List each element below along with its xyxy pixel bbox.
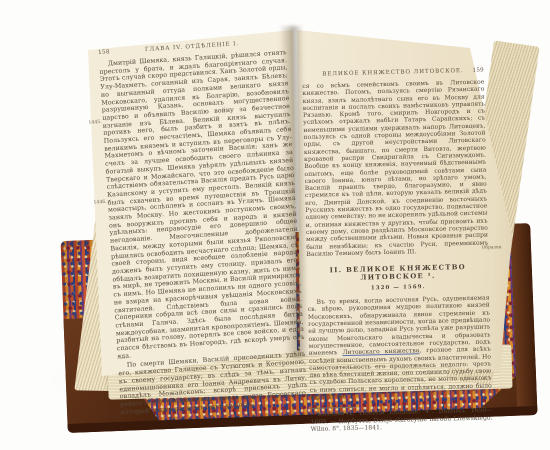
right-paragraph-1: ся со всѣмъ семействомъ своимъ въ Литовс… xyxy=(302,79,488,259)
right-margin-note: Образов. xyxy=(482,245,503,251)
right-paragraph-2: Въ то время, когда восточная Русь, одуше… xyxy=(308,295,492,402)
right-page-text: ВЕЛИКОЕ КНЯЖЕСТВО ЛИТОВСКОЕ. 159 ся со в… xyxy=(302,68,493,434)
margin-year-1446: 1446. xyxy=(93,200,106,206)
left-page-text: 158 ГЛАВА IV. ОТДѢЛЕНІЕ I. 1445. 1446. Д… xyxy=(98,38,309,416)
footnote: ¹ Кояловичъ, Historia Lituaniae. 4°. Dan… xyxy=(310,407,492,433)
left-paragraph-1: Дмитрій Шемяка, князь Галицкій, рѣшился … xyxy=(99,49,305,361)
left-page-number: 158 xyxy=(98,49,110,56)
right-page-number: 159 xyxy=(472,68,484,74)
margin-year-1445: 1445. xyxy=(88,120,101,126)
footnote-rule xyxy=(310,407,356,409)
section-heading: II. ВЕЛИКОЕ КНЯЖЕСТВО ЛИТОВСКОЕ ¹. xyxy=(307,263,489,283)
book-photo: 158 ГЛАВА IV. ОТДѢЛЕНІЕ I. 1445. 1446. Д… xyxy=(0,0,550,450)
section-date-range: 1320 — 1569. xyxy=(307,283,489,293)
